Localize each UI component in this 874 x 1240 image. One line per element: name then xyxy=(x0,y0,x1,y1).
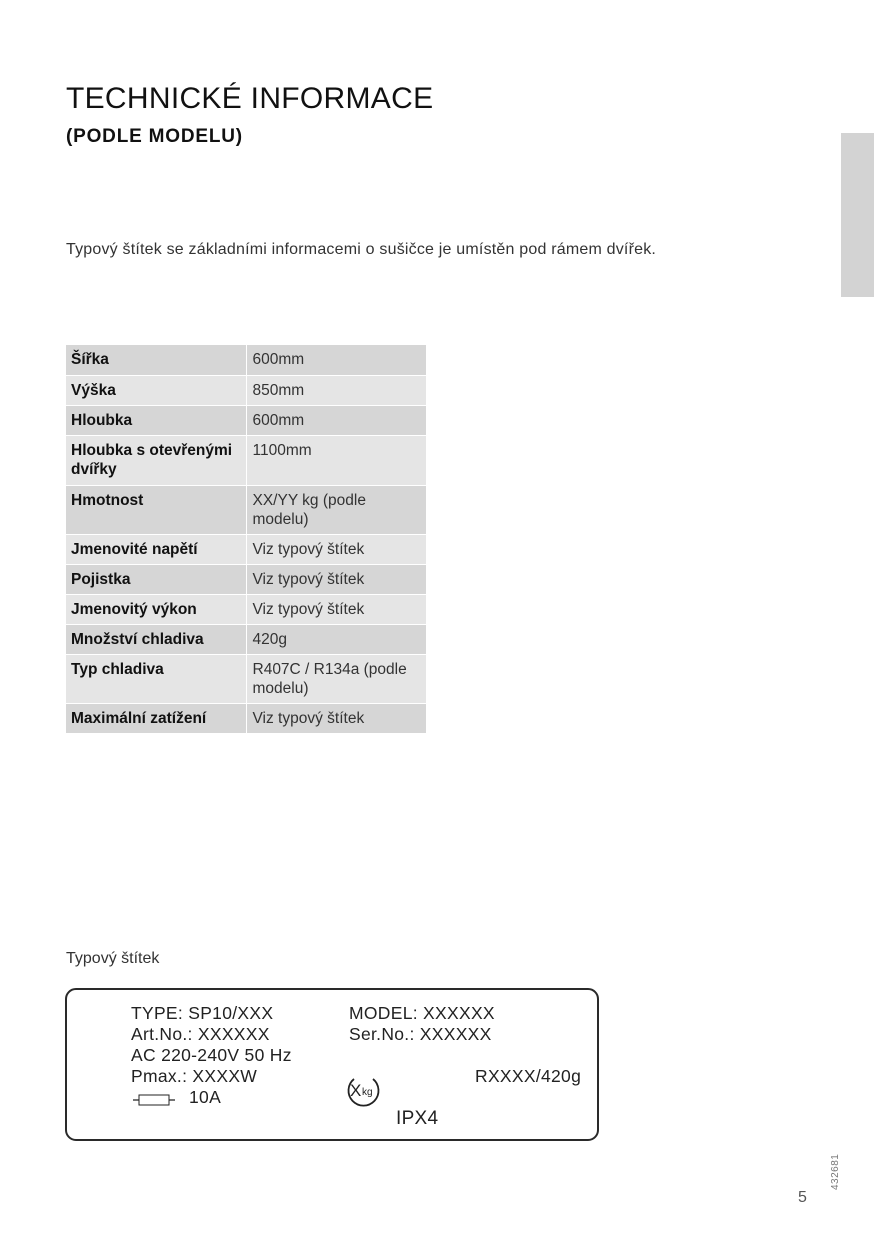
spec-value: 1100mm xyxy=(246,435,426,485)
table-row: Hloubka s otevřenými dvířky 1100mm xyxy=(66,435,426,485)
document-code: 432681 xyxy=(830,1154,841,1190)
spec-key: Množství chladiva xyxy=(66,624,246,654)
spec-value: Viz typový štítek xyxy=(246,564,426,594)
table-row: Typ chladiva R407C / R134a (podle modelu… xyxy=(66,654,426,703)
page-number: 5 xyxy=(798,1189,807,1207)
page-title: TECHNICKÉ INFORMACE xyxy=(66,82,433,116)
spec-value: 600mm xyxy=(246,405,426,435)
rating-label-caption: Typový štítek xyxy=(66,950,159,968)
table-row: Jmenovitý výkon Viz typový štítek xyxy=(66,594,426,624)
spec-key: Výška xyxy=(66,375,246,405)
rating-label-illustration: TYPE: SP10/XXX Art.No.: XXXXXX AC 220-24… xyxy=(65,988,599,1141)
chapter-side-tab xyxy=(841,133,874,297)
table-row: Šířka 600mm xyxy=(66,345,426,375)
spec-value: R407C / R134a (podle modelu) xyxy=(246,654,426,703)
table-row: Hloubka 600mm xyxy=(66,405,426,435)
svg-text:kg: kg xyxy=(362,1087,373,1098)
spec-key: Šířka xyxy=(66,345,246,375)
table-row: Množství chladiva 420g xyxy=(66,624,426,654)
fuse-icon xyxy=(133,1093,175,1107)
label-voltage: AC 220-240V 50 Hz xyxy=(131,1045,292,1066)
spec-key: Hloubka xyxy=(66,405,246,435)
label-pmax: Pmax.: XXXXW xyxy=(131,1066,257,1087)
table-row: Jmenovité napětí Viz typový štítek xyxy=(66,534,426,564)
page-subtitle: (PODLE MODELU) xyxy=(66,126,243,148)
spec-value: 850mm xyxy=(246,375,426,405)
label-ip-rating: IPX4 xyxy=(396,1108,438,1129)
spec-value: XX/YY kg (podle modelu) xyxy=(246,485,426,534)
spec-key: Pojistka xyxy=(66,564,246,594)
spec-key: Hloubka s otevřenými dvířky xyxy=(66,435,246,485)
svg-text:X: X xyxy=(350,1081,361,1100)
spec-value: Viz typový štítek xyxy=(246,534,426,564)
spec-value: Viz typový štítek xyxy=(246,703,426,733)
spec-key: Hmotnost xyxy=(66,485,246,534)
spec-value: 420g xyxy=(246,624,426,654)
table-row: Pojistka Viz typový štítek xyxy=(66,564,426,594)
spec-key: Jmenovitý výkon xyxy=(66,594,246,624)
spec-value: 600mm xyxy=(246,345,426,375)
max-load-kg-icon: X kg xyxy=(345,1074,385,1108)
label-ser-no: Ser.No.: XXXXXX xyxy=(349,1024,492,1045)
intro-text: Typový štítek se základními informacemi … xyxy=(66,241,656,259)
spec-key: Maximální zatížení xyxy=(66,703,246,733)
spec-key: Jmenovité napětí xyxy=(66,534,246,564)
label-type: TYPE: SP10/XXX xyxy=(131,1003,273,1024)
spec-key: Typ chladiva xyxy=(66,654,246,703)
table-row: Výška 850mm xyxy=(66,375,426,405)
spec-value: Viz typový štítek xyxy=(246,594,426,624)
table-row: Maximální zatížení Viz typový štítek xyxy=(66,703,426,733)
label-fuse-value: 10A xyxy=(189,1087,221,1108)
label-art-no: Art.No.: XXXXXX xyxy=(131,1024,270,1045)
label-refrigerant: RXXXX/420g xyxy=(475,1066,581,1087)
spec-table: Šířka 600mm Výška 850mm Hloubka 600mm Hl… xyxy=(66,345,426,734)
table-row: Hmotnost XX/YY kg (podle modelu) xyxy=(66,485,426,534)
label-model: MODEL: XXXXXX xyxy=(349,1003,495,1024)
